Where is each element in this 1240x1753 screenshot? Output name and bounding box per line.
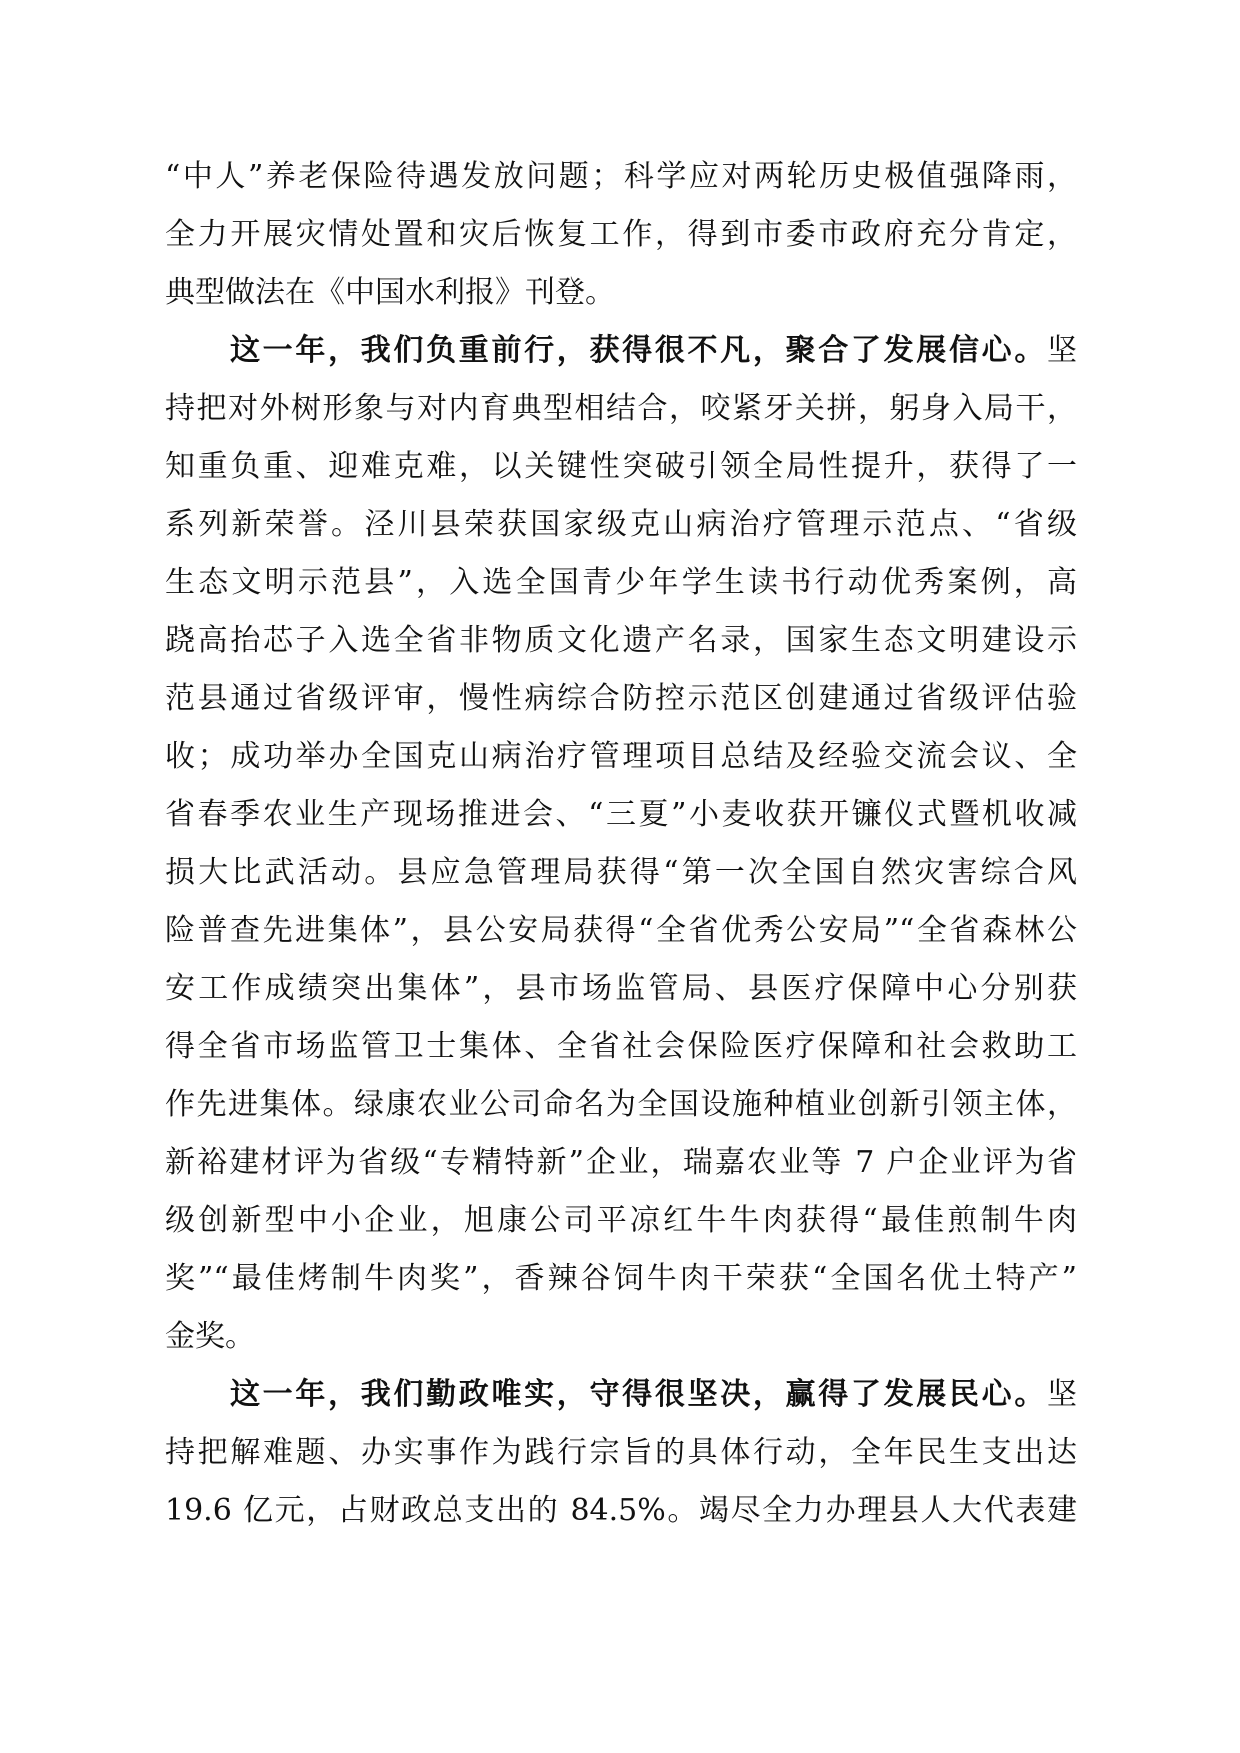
text-line: 跷高抬芯子入选全省非物质文化遗产名录，国家生态文明建设示 (165, 612, 1077, 670)
text-line-first: 这一年，我们负重前行，获得很不凡，聚合了发展信心。坚 (165, 322, 1077, 380)
text-line: 安工作成绩突出集体”，县市场监管局、县医疗保障中心分别获 (165, 960, 1077, 1018)
text-line: 作先进集体。绿康农业公司命名为全国设施种植业创新引领主体， (165, 1076, 1077, 1134)
text-run: 坚 (1047, 333, 1077, 368)
text-line: 损大比武活动。县应急管理局获得“第一次全国自然灾害综合风 (165, 844, 1077, 902)
text-line: 新裕建材评为省级“专精特新”企业，瑞嘉农业等 7 户企业评为省 (165, 1134, 1077, 1192)
text-line: 知重负重、迎难克难，以关键性突破引领全局性提升，获得了一 (165, 438, 1077, 496)
text-line: 得全省市场监管卫士集体、全省社会保险医疗保障和社会救助工 (165, 1018, 1077, 1076)
text-line: 典型做法在《中国水利报》刊登。 (165, 264, 1077, 322)
text-line: 级创新型中小企业，旭康公司平凉红牛牛肉获得“最佳煎制牛肉 (165, 1192, 1077, 1250)
text-line: 金奖。 (165, 1308, 1077, 1366)
text-line-first: 这一年，我们勤政唯实，守得很坚决，赢得了发展民心。坚 (165, 1366, 1077, 1424)
document-body: “中人”养老保险待遇发放问题；科学应对两轮历史极值强降雨， 全力开展灾情处置和灾… (165, 148, 1077, 1540)
text-line: 生态文明示范县”，入选全国青少年学生读书行动优秀案例，高 (165, 554, 1077, 612)
paragraph-3: 这一年，我们勤政唯实，守得很坚决，赢得了发展民心。坚 持把解难题、办实事作为践行… (165, 1366, 1077, 1540)
text-line: 全力开展灾情处置和灾后恢复工作，得到市委市政府充分肯定， (165, 206, 1077, 264)
text-line: 范县通过省级评审，慢性病综合防控示范区创建通过省级评估验 (165, 670, 1077, 728)
text-run: 坚 (1047, 1377, 1077, 1412)
document-page: “中人”养老保险待遇发放问题；科学应对两轮历史极值强降雨， 全力开展灾情处置和灾… (0, 0, 1240, 1753)
text-line: “中人”养老保险待遇发放问题；科学应对两轮历史极值强降雨， (165, 148, 1077, 206)
text-line: 持把解难题、办实事作为践行宗旨的具体行动，全年民生支出达 (165, 1424, 1077, 1482)
text-line: 持把对外树形象与对内育典型相结合，咬紧牙关拼，躬身入局干， (165, 380, 1077, 438)
bold-lead-sentence: 这一年，我们负重前行，获得很不凡，聚合了发展信心。 (230, 333, 1047, 368)
text-line: 系列新荣誉。泾川县荣获国家级克山病治疗管理示范点、“省级 (165, 496, 1077, 554)
paragraph-2: 这一年，我们负重前行，获得很不凡，聚合了发展信心。坚 持把对外树形象与对内育典型… (165, 322, 1077, 1366)
text-line: 险普查先进集体”，县公安局获得“全省优秀公安局”“全省森林公 (165, 902, 1077, 960)
text-line: 奖”“最佳烤制牛肉奖”，香辣谷饲牛肉干荣获“全国名优土特产” (165, 1250, 1077, 1308)
text-line: 19.6 亿元，占财政总支出的 84.5%。竭尽全力办理县人大代表建 (165, 1482, 1077, 1540)
paragraph-1: “中人”养老保险待遇发放问题；科学应对两轮历史极值强降雨， 全力开展灾情处置和灾… (165, 148, 1077, 322)
bold-lead-sentence: 这一年，我们勤政唯实，守得很坚决，赢得了发展民心。 (230, 1377, 1047, 1412)
text-line: 省春季农业生产现场推进会、“三夏”小麦收获开镰仪式暨机收减 (165, 786, 1077, 844)
text-line: 收；成功举办全国克山病治疗管理项目总结及经验交流会议、全 (165, 728, 1077, 786)
